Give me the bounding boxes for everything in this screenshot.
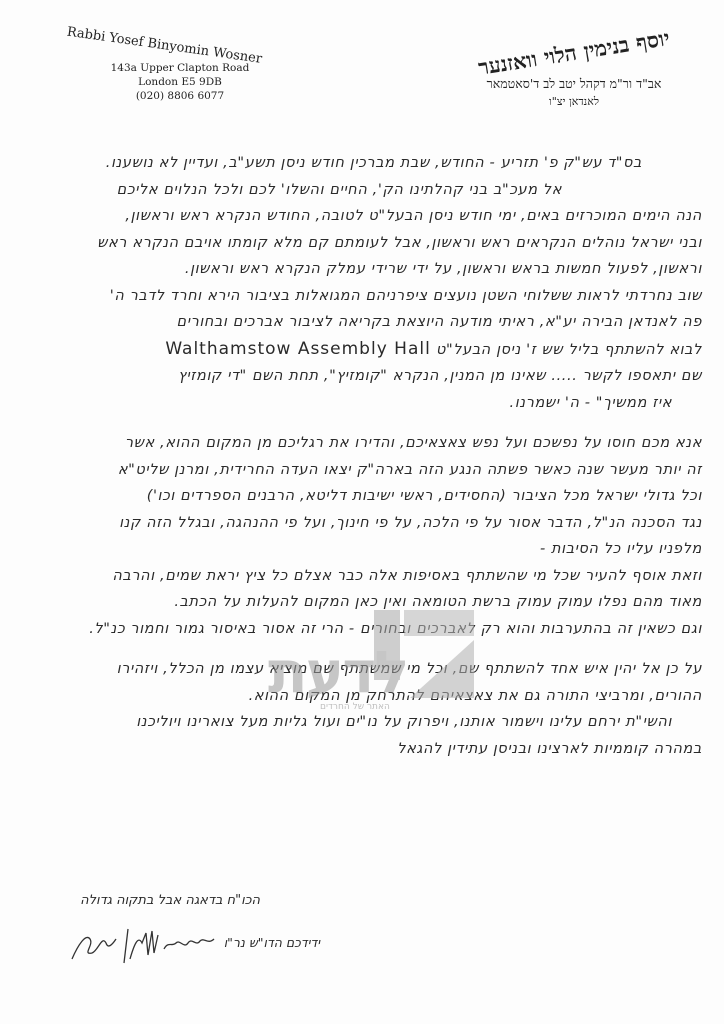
- letterhead-hebrew: יוסף בנימין הלוי וואזנער אב"ד ור"מ דקהל …: [454, 36, 694, 110]
- text-line: וזאת אוסף להעיר שכל מי שהשתתף באסיפות אל…: [20, 563, 702, 590]
- closing-line: הכו"ח בדאגה אבל בתקוה גדולה: [60, 893, 260, 908]
- text-line: מאוד מהם נפלו עמוק עמוק ברשת הטומאה ואין…: [20, 589, 702, 616]
- text-line: וכל גדולי ישראל מכל הציבור (החסידים, ראש…: [20, 483, 702, 510]
- text-line: והשי"ת ירחם עלינו וישמור אותנו, ויפרוק ע…: [20, 709, 702, 736]
- text-line: זה יותר מעשר שנה כאשר פשתה הנגע הזה בארה…: [20, 457, 702, 484]
- letter-body: בס"ד עש"ק פ' תזריע - החודש, שבת מברכין ח…: [20, 150, 702, 762]
- text-line: וראשון, לפעול חמשות בראש וראשון, על ידי …: [20, 256, 702, 283]
- text-line: על כן אל יהין איש אחד להשתתף שם, וכל מי …: [20, 656, 702, 683]
- text-line: שוב נחרדתי לראות ששלוחי השטן נועצים ציפר…: [20, 283, 702, 310]
- letterhead-city-he: לאנדאן יצ"ו: [454, 94, 694, 110]
- text-line: פה לאנדאן הבירה יע"א, ראיתי מודעה היוצאת…: [20, 309, 702, 336]
- text-line: הנה הימים המוכרזים באים, ימי חודש ניסן ה…: [20, 203, 702, 230]
- date-line: בס"ד עש"ק פ' תזריע - החודש, שבת מברכין ח…: [20, 150, 702, 177]
- text-line: וגם כשאין זה בהתערבות והוא רק לאברכים וב…: [20, 616, 702, 643]
- letterhead-english: Rabbi Yosef Binyomin Wosner 143a Upper C…: [60, 32, 260, 103]
- text-line: ובני ישראל נוהלים הנקראים ראש וראשון, אב…: [20, 230, 702, 257]
- text-fragment: לבוא להשתתף בליל שש ז' ניסן הבעל"ט: [436, 342, 702, 358]
- letterhead-phone: (020) 8806 6077: [100, 89, 260, 103]
- paragraph-gap: [20, 416, 702, 430]
- text-line: איז ממשיך" - ה' ישמרנו.: [20, 390, 702, 417]
- paragraph-3: אנא מכם חוסו על נפשכם ועל נפש צאצאיכם, ו…: [20, 430, 702, 563]
- paragraph-2: שוב נחרדתי לראות ששלוחי השטן נועצים ציפר…: [20, 283, 702, 417]
- paragraph-5: על כן אל יהין איש אחד להשתתף שם, וכל מי …: [20, 656, 702, 709]
- signature-greeting: ידידכם הדו"ש נר"ו: [224, 935, 320, 950]
- venue-name: Walthamstow Assembly Hall: [165, 339, 431, 359]
- paragraph-4: וזאת אוסף להעיר שכל מי שהשתתף באסיפות אל…: [20, 563, 702, 643]
- letterhead-address-line2: London E5 9DB: [100, 75, 260, 89]
- text-line: במהרה קוממיות לארצינו ובניסן עתידין להגא…: [20, 736, 702, 763]
- venue-line: לבוא להשתתף בליל שש ז' ניסן הבעל"ט Walth…: [20, 336, 702, 364]
- paragraph-1: הנה הימים המוכרזים באים, ימי חודש ניסן ה…: [20, 203, 702, 283]
- scanned-letter-page: Rabbi Yosef Binyomin Wosner 143a Upper C…: [0, 0, 724, 1024]
- blessing: והשי"ת ירחם עלינו וישמור אותנו, ויפרוק ע…: [20, 709, 702, 762]
- paragraph-gap: [20, 642, 702, 656]
- text-line: אנא מכם חוסו על נפשכם ועל נפש צאצאיכם, ו…: [20, 430, 702, 457]
- text-line: נגד הסכנה הנ"ל, הדבר אסור על פי הלכה, על…: [20, 510, 702, 537]
- text-line: שם יתאספו לקשר ..... שאינו מן המנין, הנק…: [20, 363, 702, 390]
- text-line: מלפניו עליו כל הסיבות -: [20, 536, 702, 563]
- text-line: ההורים, ומרביצי התורה גם את צאצאיהם להתר…: [20, 683, 702, 710]
- handwritten-signature-icon: [68, 925, 218, 967]
- addressee-line: אל מעכ"ב בני קהלתינו הק', החיים והשלו' ל…: [20, 177, 702, 204]
